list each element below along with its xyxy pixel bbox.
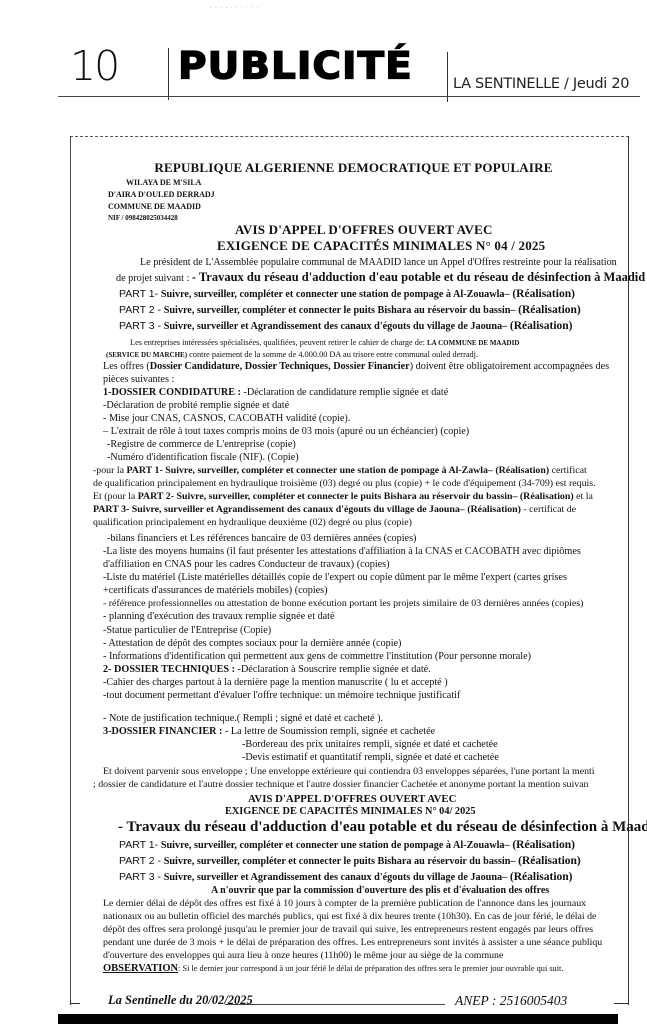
notice-title-line1: AVIS D'APPEL D'OFFRES OUVERT AVEC	[235, 224, 493, 236]
mention-title-line1: AVIS D'APPEL D'OFFRES OUVERT AVEC	[248, 793, 456, 805]
part-status: (Réalisation)	[512, 839, 575, 851]
intro-project: de projet suivant : - Travaux du réseau …	[116, 271, 645, 285]
list-item: - La lettre de Soumission rempli, signée…	[225, 726, 435, 737]
text: Et (pour la	[93, 491, 138, 502]
scan-artifact-text: . . . . . . . · . .	[210, 4, 259, 10]
list-item: -Déclaration de probité remplie signée e…	[103, 400, 289, 412]
list-item: -tout document permettant d'évaluer l'of…	[103, 690, 460, 702]
part-status: (Réalisation)	[512, 288, 575, 300]
offres-line1: Les offres (Dossier Candidature, Dossier…	[103, 361, 609, 373]
list-item: -La liste des moyens humains (il faut pr…	[103, 546, 581, 558]
list-item: - Note de justification technique.( Remp…	[103, 713, 383, 725]
newspaper-name-date: LA SENTINELLE / Jeudi 20	[453, 76, 629, 92]
text: et la	[574, 491, 593, 502]
daira: D'AIRA D'OULED DERRADJ	[108, 189, 215, 200]
wilaya: WILAYA DE M'SILA	[126, 177, 201, 188]
text: Les offres (	[103, 361, 150, 372]
retrait-text: Les entreprises intéressées spécialisées…	[130, 338, 427, 347]
masthead-rule	[58, 96, 640, 97]
list-item: +certificats d'assurances de matériels m…	[103, 585, 328, 597]
commune: COMMUNE DE MAADID	[108, 201, 201, 212]
page-bottom-bar	[58, 1014, 618, 1024]
mention-project: - Travaux du réseau d'adduction d'eau po…	[118, 821, 647, 833]
project-title: - Travaux du réseau d'adduction d'eau po…	[192, 270, 645, 284]
technique-heading: 2- DOSSIER TECHNIQUES : -Déclaration à S…	[103, 664, 431, 676]
list-item: -Bordereau des prix unitaires rempli, si…	[242, 739, 498, 751]
part-text: Suivre, surveiller, compléter et connect…	[164, 856, 516, 867]
mention-part-1: PART 1- Suivre, surveiller, compléter et…	[119, 839, 575, 852]
box-corner	[614, 1003, 628, 1004]
part23-requirement-3: qualification principalement en hydrauli…	[93, 517, 412, 529]
footer-rule	[225, 1004, 445, 1005]
observation-label: OBSERVATION	[103, 963, 178, 974]
list-item: - Attestation de dépôt des comptes socia…	[103, 638, 401, 650]
anep-reference: ANEP : 2516005403	[455, 993, 567, 1009]
part-status: (Réalisation)	[518, 304, 581, 316]
masthead-divider	[168, 48, 169, 100]
candidature-heading: 1-DOSSIER CONDIDATURE : -Déclaration de …	[103, 387, 448, 399]
envelope-line1: Et doivent parvenir sous enveloppe ; Une…	[103, 766, 595, 778]
part-status: (Réalisation)	[510, 871, 573, 883]
part-text: Suivre, surveiller, compléter et connect…	[161, 289, 510, 300]
list-item: -Déclaration à Souscrire remplie signée …	[238, 664, 431, 675]
delay-line: pendant une durée de 3 mois + le délai d…	[103, 937, 602, 949]
part-text: Suivre, surveiller et Agrandissement des…	[164, 321, 507, 332]
part-label: PART 3 -	[119, 320, 161, 332]
part-label: PART 1-	[119, 288, 158, 300]
notice-title-line2: EXIGENCE DE CAPACITÉS MINIMALES N° 04 / …	[217, 240, 545, 252]
part23-requirement: Et (pour la PART 2- Suivre, surveiller, …	[93, 491, 593, 503]
retrait-line2: (SERVICE DU MARCHE) contre paiement de l…	[106, 349, 478, 361]
text: - certificat de	[521, 504, 576, 515]
list-item: -bilans financiers et Les références ban…	[107, 533, 416, 545]
list-item: -Déclaration de candidature remplie sign…	[243, 387, 448, 398]
delay-line: d'ouverture des enveloppes qui aura lieu…	[103, 950, 503, 962]
retrait-org: LA COMMUNE DE MAADID	[427, 339, 519, 347]
part-reference: PART 3- Suivre, surveiller et Agrandisse…	[93, 504, 521, 515]
delay-line: Le dernier délai de dépôt des offres est…	[103, 898, 586, 910]
list-item: - référence professionnelles ou attestat…	[103, 598, 583, 610]
section-label: 3-DOSSIER FINANCIER :	[103, 726, 225, 737]
list-item: -Devis estimatif et quantitatif rempli, …	[242, 752, 499, 764]
masthead: 10 PUBLICITÉ LA SENTINELLE / Jeudi 20	[58, 38, 640, 98]
mention-part-3: PART 3 - Suivre, surveiller et Agrandiss…	[119, 871, 573, 884]
list-item: -Statue particulier de l'Entreprise (Cop…	[103, 625, 271, 637]
list-item: -Numéro d'identification fiscale (NIF). …	[107, 452, 299, 464]
part-text: Suivre, surveiller, compléter et connect…	[164, 305, 516, 316]
part-reference: PART 2- Suivre, surveiller, compléter et…	[138, 491, 574, 502]
part-status: (Réalisation)	[518, 855, 581, 867]
list-item: -Registre de commerce de L'entreprise (c…	[107, 439, 296, 451]
retrait-line1: Les entreprises intéressées spécialisées…	[130, 337, 519, 349]
part-label: PART 3 -	[119, 871, 161, 883]
text: certificat	[549, 465, 587, 476]
part-label: PART 2 -	[119, 304, 161, 316]
box-corner	[70, 1003, 80, 1004]
part-status: (Réalisation)	[510, 320, 573, 332]
section-label: 1-DOSSIER CONDIDATURE :	[103, 387, 243, 398]
list-item: -Cahier des charges partout à la dernièr…	[103, 677, 448, 689]
part-3: PART 3 - Suivre, surveiller et Agrandiss…	[119, 320, 573, 333]
masthead-divider	[447, 52, 448, 102]
mention-open: A n'ouvrir que par la commission d'ouver…	[211, 885, 549, 897]
delay-line: dépôt des offres sera prolongé jusqu'au …	[103, 924, 593, 936]
financier-heading: 3-DOSSIER FINANCIER : - La lettre de Sou…	[103, 726, 435, 738]
text: ) doivent être obligatoirement accompagn…	[410, 361, 609, 372]
part-label: PART 2 -	[119, 855, 161, 867]
intro-text: Le président de L'Assemblée populaire co…	[140, 257, 617, 269]
list-item: - Mise jour CNAS, CASNOS, CACOBATH valid…	[103, 413, 350, 425]
part23-requirement-2: PART 3- Suivre, surveiller et Agrandisse…	[93, 504, 576, 516]
retrait-service: (SERVICE DU MARCHE)	[106, 351, 187, 359]
part-label: PART 1-	[119, 839, 158, 851]
list-item: - Informations d'identification qui perm…	[103, 651, 531, 663]
part-1: PART 1- Suivre, surveiller, compléter et…	[119, 288, 575, 301]
part-text: Suivre, surveiller et Agrandissement des…	[164, 872, 507, 883]
offres-line2: pièces suivantes :	[103, 374, 174, 386]
list-item: - planning d'exécution des travaux rempl…	[103, 611, 335, 623]
dossier-list: Dossier Candidature, Dossier Techniques,…	[150, 361, 410, 372]
publication-source: La Sentinelle du 20/02/2025	[108, 993, 253, 1008]
envelope-line2: ; dossier de candidature et l'autre doss…	[93, 779, 588, 791]
part1-requirement-2: de qualification principalement en hydra…	[93, 478, 596, 490]
mention-title-line2: EXIGENCE DE CAPACITÉS MINIMALES N° 04/ 2…	[225, 806, 476, 818]
section-label: 2- DOSSIER TECHNIQUES :	[103, 664, 238, 675]
nif: NIF / 098428025034428	[108, 213, 178, 224]
section-title: PUBLICITÉ	[178, 45, 413, 88]
part-2: PART 2 - Suivre, surveiller, compléter e…	[119, 304, 581, 317]
list-item: – L'extrait de rôle à tout taxes compris…	[103, 426, 469, 438]
observation: OBSERVATION: Si le dernier jour correspo…	[103, 963, 563, 975]
republic-heading: REPUBLIQUE ALGERIENNE DEMOCRATIQUE ET PO…	[30, 162, 647, 174]
text: -pour la	[93, 465, 126, 476]
observation-text: : Si le dernier jour correspond à un jou…	[178, 964, 563, 973]
part-text: Suivre, surveiller, compléter et connect…	[161, 840, 510, 851]
retrait-text: contre paiement de la somme de 4.000.00 …	[187, 350, 478, 359]
part-reference: PART 1- Suivre, surveiller, compléter et…	[126, 465, 549, 476]
list-item: d'affiliation en CNAS pour les cadres Co…	[103, 559, 390, 571]
delay-line: nationaux ou au bulletin officiel des ma…	[103, 911, 596, 923]
part1-requirement: -pour la PART 1- Suivre, surveiller, com…	[93, 465, 587, 477]
list-item: -Liste du matériel (Liste matérielles dé…	[103, 572, 567, 584]
mention-part-2: PART 2 - Suivre, surveiller, compléter e…	[119, 855, 581, 868]
intro-prefix: de projet suivant :	[116, 273, 192, 284]
page-number: 10	[70, 42, 118, 90]
